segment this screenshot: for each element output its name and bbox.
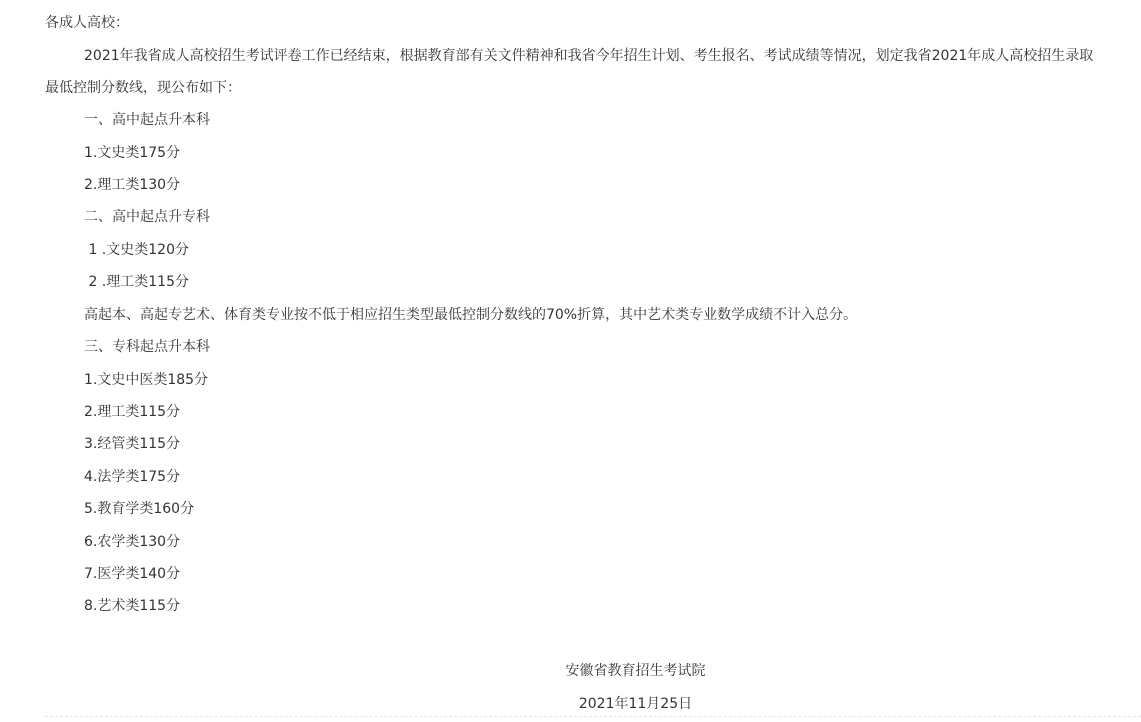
score-item: 3.经管类115分 — [84, 434, 180, 454]
score-item: 2 .理工类115分 — [84, 272, 189, 292]
salutation: 各成人高校： — [45, 13, 129, 33]
score-item: 5.教育学类160分 — [84, 499, 194, 519]
section-heading-1: 一、高中起点升本科 — [84, 110, 210, 130]
art-sports-note: 高起本、高起专艺术、体育类专业按不低于相应招生类型最低控制分数线的70%折算，其… — [84, 305, 857, 325]
section-heading-3: 三、专科起点升本科 — [84, 337, 210, 357]
score-item: 4.法学类175分 — [84, 467, 180, 487]
score-item: 2.理工类115分 — [84, 402, 180, 422]
score-item: 6.农学类130分 — [84, 532, 180, 552]
signature-date: 2021年11月25日 — [0, 694, 1141, 714]
score-item: 2.理工类130分 — [84, 175, 180, 195]
score-item: 1 .文史类120分 — [84, 240, 189, 260]
signature-organization: 安徽省教育招生考试院 — [0, 661, 1141, 681]
score-item: 1.文史中医类185分 — [84, 370, 208, 390]
intro-paragraph-line-1: 2021年我省成人高校招生考试评卷工作已经结束，根据教育部有关文件精神和我省今年… — [84, 46, 1093, 66]
section-heading-2: 二、高中起点升专科 — [84, 207, 210, 227]
score-item: 7.医学类140分 — [84, 564, 180, 584]
score-item: 8.艺术类115分 — [84, 596, 180, 616]
intro-paragraph-line-2: 最低控制分数线，现公布如下： — [45, 78, 241, 98]
score-item: 1.文史类175分 — [84, 143, 180, 163]
dashed-divider — [45, 716, 1141, 717]
